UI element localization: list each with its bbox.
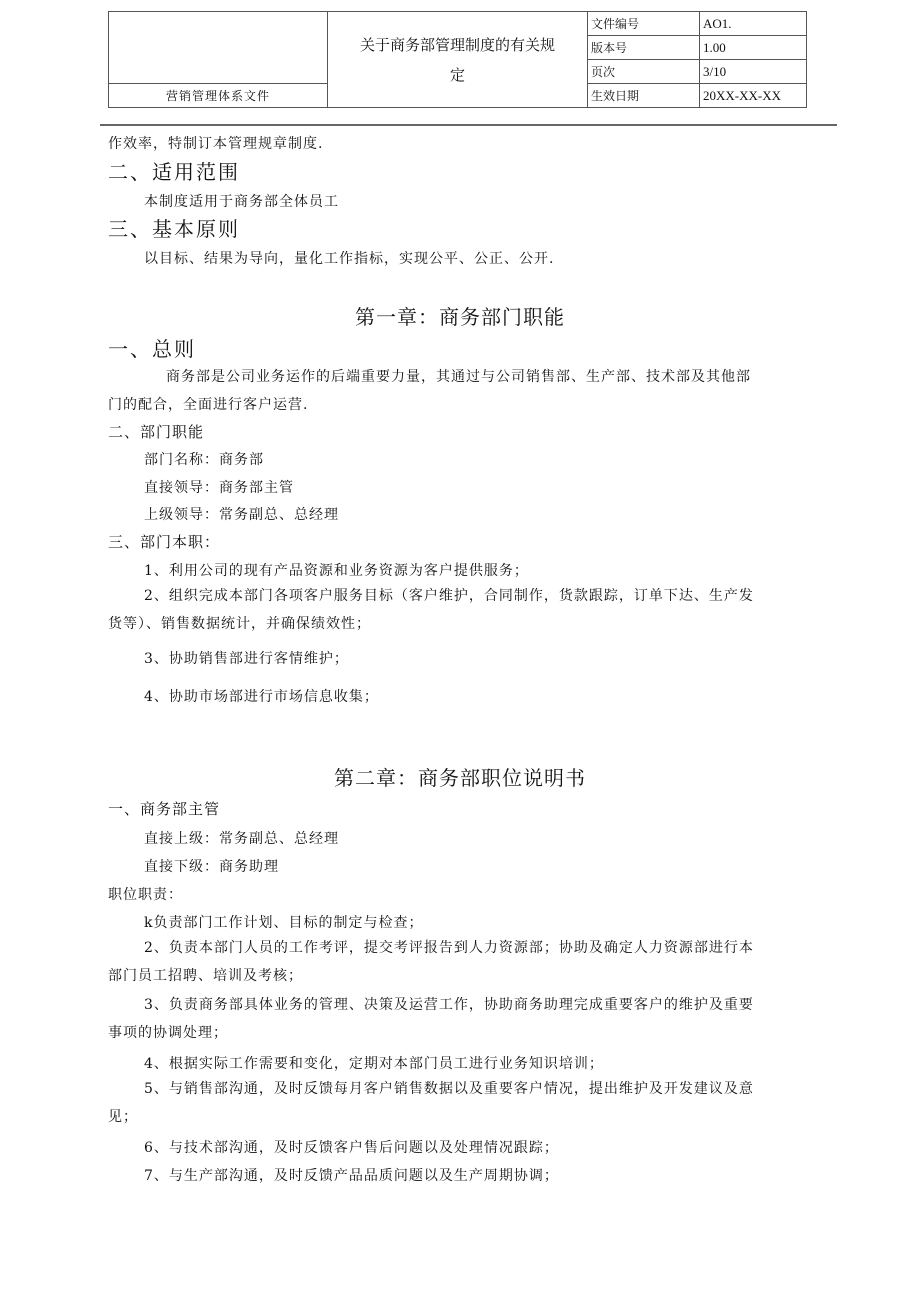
responsibility-item: 3、负责商务部具体业务的管理、决策及运营工作，协助商务助理完成重要客户的维护及重…	[108, 991, 834, 1047]
field-value-effective-date: 20XX-XX-XX	[700, 84, 807, 108]
intro-continuation: 作效率，特制订本管理规章制度.	[108, 133, 323, 153]
section-principle-body: 以目标、结果为导向，量化工作指标，实现公平、公正、公开.	[144, 248, 554, 268]
responsibility-item: 6、与技术部沟通，及时反馈客户售后问题以及处理情况跟踪；	[144, 1137, 559, 1157]
field-label-version: 版本号	[588, 36, 700, 60]
duty-item-line2: 货等）、销售数据统计，并确保绩效性；	[108, 610, 834, 638]
chapter1-general-body: 商务部是公司业务运作的后端重要力量，其通过与公司销售部、生产部、技术部及其他部 …	[108, 363, 834, 419]
section-scope-body: 本制度适用于商务部全体员工	[144, 191, 339, 211]
responsibility-item: 4、根据实际工作需要和变化，定期对本部门员工进行业务知识培训；	[144, 1053, 604, 1073]
responsibility-line1: 3、负责商务部具体业务的管理、决策及运营工作，协助商务助理完成重要客户的维护及重…	[108, 991, 834, 1019]
document-title-cell: 关于商务部管理制度的有关规 定	[328, 12, 588, 108]
position-subordinate: 直接下级：商务助理	[144, 856, 279, 876]
field-value-version: 1.00	[700, 36, 807, 60]
field-value-page: 3/10	[700, 60, 807, 84]
field-label-page: 页次	[588, 60, 700, 84]
chapter1-title: 第一章：商务部门职能	[0, 301, 920, 330]
responsibility-line2: 见；	[108, 1103, 834, 1131]
position-heading: 一、商务部主管	[108, 798, 220, 819]
position-superior: 直接上级：常务副总、总经理	[144, 828, 339, 848]
system-label-cell: 营销管理体系文件	[109, 84, 328, 108]
chapter1-general-heading: 一、总则	[108, 333, 196, 362]
document-title-line2: 定	[450, 66, 465, 84]
general-body-line1: 商务部是公司业务运作的后端重要力量，其通过与公司销售部、生产部、技术部及其他部	[108, 363, 834, 391]
chapter2-title: 第二章：商务部职位说明书	[0, 762, 920, 791]
document-title-line1: 关于商务部管理制度的有关规	[360, 36, 555, 54]
duty-item: 2、组织完成本部门各项客户服务目标（客户维护，合同制作，货款跟踪，订单下达、生产…	[108, 582, 834, 638]
responsibility-line1: 2、负责本部门人员的工作考评，提交考评报告到人力资源部；协助及确定人力资源部进行…	[108, 934, 834, 962]
field-value-doc-number: AO1.	[700, 12, 807, 36]
responsibility-line2: 部门员工招聘、培训及考核；	[108, 962, 834, 990]
chapter1-functions-heading: 二、部门职能	[108, 421, 204, 442]
document-header-table: 关于商务部管理制度的有关规 定 文件编号 AO1. 版本号 1.00 页次 3/…	[108, 11, 807, 108]
chapter1-duties-heading: 三、部门本职：	[108, 531, 220, 552]
responsibility-item: 7、与生产部沟通，及时反馈产品品质问题以及生产周期协调；	[144, 1165, 559, 1185]
section-principle-heading: 三、基本原则	[108, 213, 240, 242]
field-label-effective-date: 生效日期	[588, 84, 700, 108]
responsibility-line1: 5、与销售部沟通，及时反馈每月客户销售数据以及重要客户情况，提出维护及开发建议及…	[108, 1075, 834, 1103]
responsibilities-heading: 职位职责：	[108, 884, 183, 904]
duty-item: 4、协助市场部进行市场信息收集；	[144, 686, 379, 706]
logo-cell	[109, 12, 328, 84]
section-scope-heading: 二、适用范围	[108, 156, 240, 185]
duty-item: 1、利用公司的现有产品资源和业务资源为客户提供服务；	[144, 560, 529, 580]
responsibility-item: k负责部门工作计划、目标的制定与检查；	[144, 912, 423, 932]
header-divider	[100, 124, 837, 126]
function-item: 部门名称：商务部	[144, 449, 264, 469]
duty-item: 3、协助销售部进行客情维护；	[144, 648, 349, 668]
general-body-line2: 门的配合，全面进行客户运营.	[108, 391, 834, 419]
function-item: 上级领导：常务副总、总经理	[144, 504, 339, 524]
function-item: 直接领导：商务部主管	[144, 477, 294, 497]
responsibility-item: 5、与销售部沟通，及时反馈每月客户销售数据以及重要客户情况，提出维护及开发建议及…	[108, 1075, 834, 1131]
duty-item-line1: 2、组织完成本部门各项客户服务目标（客户维护，合同制作，货款跟踪，订单下达、生产…	[108, 582, 834, 610]
responsibility-item: 2、负责本部门人员的工作考评，提交考评报告到人力资源部；协助及确定人力资源部进行…	[108, 934, 834, 990]
field-label-doc-number: 文件编号	[588, 12, 700, 36]
responsibility-line2: 事项的协调处理；	[108, 1019, 834, 1047]
